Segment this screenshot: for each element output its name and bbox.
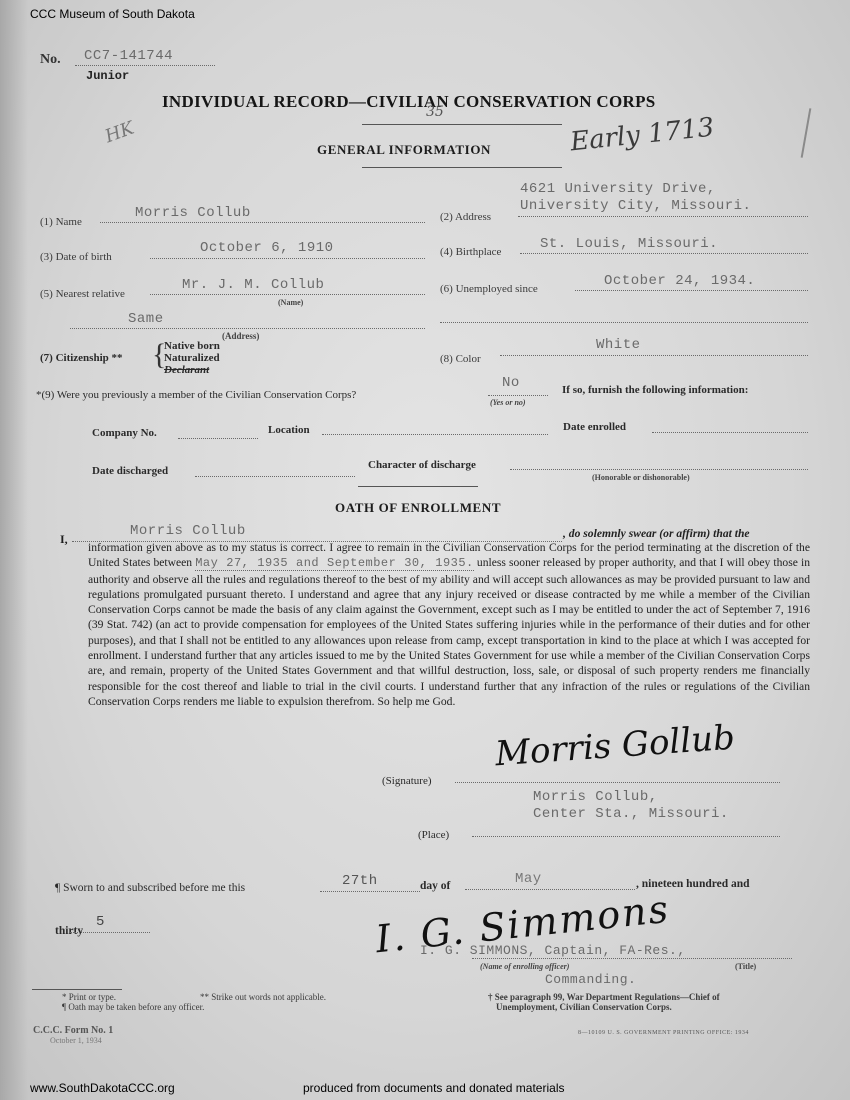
previous-member-followup: If so, furnish the following information…	[562, 384, 748, 396]
subtitle-rule-top	[362, 124, 562, 125]
sworn-prefix: ¶ Sworn to and subscribed before me this	[55, 882, 245, 894]
character-of-discharge-line	[510, 469, 808, 470]
day-of-label: day of	[420, 880, 450, 892]
unemployed-since-value: October 24, 1934.	[604, 273, 755, 289]
address-line2: University City, Missouri.	[520, 198, 751, 214]
section-general-information: GENERAL INFORMATION	[317, 142, 491, 158]
place-label: (Place)	[418, 829, 449, 841]
name-line	[100, 222, 425, 223]
oath-prefix: I,	[60, 532, 68, 547]
unemployed-since-label: (6) Unemployed since	[440, 283, 538, 295]
subtitle-rule-bottom	[362, 167, 562, 168]
footnote-regulations-cont: Unemployment, Civilian Conservation Corp…	[496, 1002, 672, 1012]
applicant-signature: Morris Gollub	[494, 718, 736, 775]
record-number-line	[75, 65, 215, 66]
printer-imprint: 8—10109 U. S. GOVERNMENT PRINTING OFFICE…	[578, 1030, 749, 1036]
place-line	[472, 836, 780, 837]
citizenship-options: Native born Naturalized Declarant	[164, 340, 220, 376]
officer-typed-name: I. G. SIMMONS, Captain, FA-Res.,	[420, 943, 686, 958]
birthplace-label: (4) Birthplace	[440, 246, 501, 258]
relative-address-caption: (Address)	[222, 331, 259, 341]
name-value: Morris Collub	[135, 205, 251, 221]
date-of-birth-label: (3) Date of birth	[40, 251, 112, 263]
signature-line	[455, 782, 780, 783]
handwritten-initials: HK	[102, 118, 137, 148]
birthplace-value: St. Louis, Missouri.	[540, 236, 718, 252]
unemployed-since-line	[575, 290, 808, 291]
handwritten-number: 35	[426, 104, 444, 120]
document-page: CCC Museum of South Dakota No. CC7-14174…	[0, 0, 850, 1100]
unemployed-since-extra-line	[440, 322, 808, 323]
date-enrolled-label: Date enrolled	[563, 421, 626, 433]
form-title: INDIVIDUAL RECORD—CIVILIAN CONSERVATION …	[162, 92, 656, 112]
citizenship-option-naturalized: Naturalized	[164, 352, 220, 364]
record-number-label: No.	[40, 52, 61, 68]
oath-body: information given above as to my status …	[88, 540, 810, 709]
footnote-regulations: † See paragraph 99, War Department Regul…	[488, 992, 720, 1002]
character-of-discharge-label: Character of discharge	[368, 459, 476, 471]
citizenship-option-native-born: Native born	[164, 340, 220, 352]
handwritten-annotation: Early 1713	[569, 113, 716, 158]
signature-label: (Signature)	[382, 775, 431, 787]
sworn-day-value: 27th	[342, 873, 378, 889]
oath-body-part2: unless sooner released by proper authori…	[88, 556, 810, 708]
footnote-strike-out: ** Strike out words not applicable.	[200, 992, 326, 1002]
handwritten-stroke	[801, 108, 812, 158]
address-label: (2) Address	[440, 211, 491, 223]
sworn-month-value: May	[515, 871, 542, 887]
oath-period-value: May 27, 1935 and September 30, 1935.	[195, 556, 474, 571]
relative-address-line	[70, 328, 425, 329]
previous-member-value: No	[502, 375, 520, 391]
nearest-relative-line	[150, 294, 425, 295]
date-discharged-label: Date discharged	[92, 465, 168, 477]
footnote-print-or-type: * Print or type.	[62, 992, 116, 1002]
citizenship-option-declarant-struck: Declarant	[164, 364, 220, 376]
nearest-relative-label: (5) Nearest relative	[40, 288, 125, 300]
sworn-day-line	[320, 891, 420, 892]
color-label: (8) Color	[440, 353, 481, 365]
year-value: 5	[96, 914, 105, 930]
signature-typed-name: Morris Collub,	[533, 789, 658, 805]
title-caption: (Title)	[735, 962, 756, 971]
museum-watermark: CCC Museum of South Dakota	[30, 7, 195, 21]
location-line	[322, 434, 548, 435]
relative-address-value: Same	[128, 311, 164, 327]
citizenship-label: (7) Citizenship **	[40, 352, 123, 364]
address-line	[518, 216, 808, 217]
previous-member-label: *(9) Were you previously a member of the…	[36, 389, 356, 401]
name-label: (1) Name	[40, 216, 82, 228]
previous-member-line	[488, 395, 548, 396]
color-value: White	[596, 337, 641, 353]
address-line1: 4621 University Drive,	[520, 181, 716, 197]
signature-typed-place: Center Sta., Missouri.	[533, 806, 729, 822]
form-date: October 1, 1934	[50, 1036, 102, 1045]
yes-or-no-caption: (Yes or no)	[490, 398, 526, 407]
section-divider	[358, 486, 478, 487]
relative-name-caption: (Name)	[278, 298, 303, 307]
grade-stamp: Junior	[86, 69, 129, 83]
date-enrolled-line	[652, 432, 808, 433]
nearest-relative-value: Mr. J. M. Collub	[182, 277, 324, 293]
form-number: C.C.C. Form No. 1	[33, 1025, 113, 1036]
color-line	[500, 355, 808, 356]
year-line	[70, 932, 150, 933]
record-number-value: CC7-141744	[84, 48, 173, 64]
date-discharged-line	[195, 476, 355, 477]
officer-line	[472, 958, 792, 959]
sworn-month-line	[465, 889, 635, 890]
footnote-rule	[32, 989, 122, 990]
birthplace-line	[520, 253, 808, 254]
company-number-line	[178, 438, 258, 439]
company-number-label: Company No.	[92, 427, 157, 439]
year-prefix-label: thirty	[55, 925, 83, 937]
date-of-birth-value: October 6, 1910	[200, 240, 334, 256]
officer-title: Commanding.	[545, 972, 636, 987]
museum-website: www.SouthDakotaCCC.org	[30, 1081, 175, 1095]
scan-edge-shadow	[0, 0, 28, 1100]
oath-name-value: Morris Collub	[130, 523, 246, 539]
date-of-birth-line	[150, 258, 425, 259]
location-label: Location	[268, 424, 310, 436]
honorable-caption: (Honorable or dishonorable)	[592, 473, 690, 482]
oath-line1-suffix: , do solemnly swear (or affirm) that the	[563, 527, 750, 540]
section-oath-of-enrollment: OATH OF ENROLLMENT	[335, 500, 501, 516]
footnote-oath: ¶ Oath may be taken before any officer.	[62, 1002, 204, 1012]
source-credit: produced from documents and donated mate…	[303, 1081, 565, 1095]
enrolling-officer-caption: (Name of enrolling officer)	[480, 962, 569, 971]
